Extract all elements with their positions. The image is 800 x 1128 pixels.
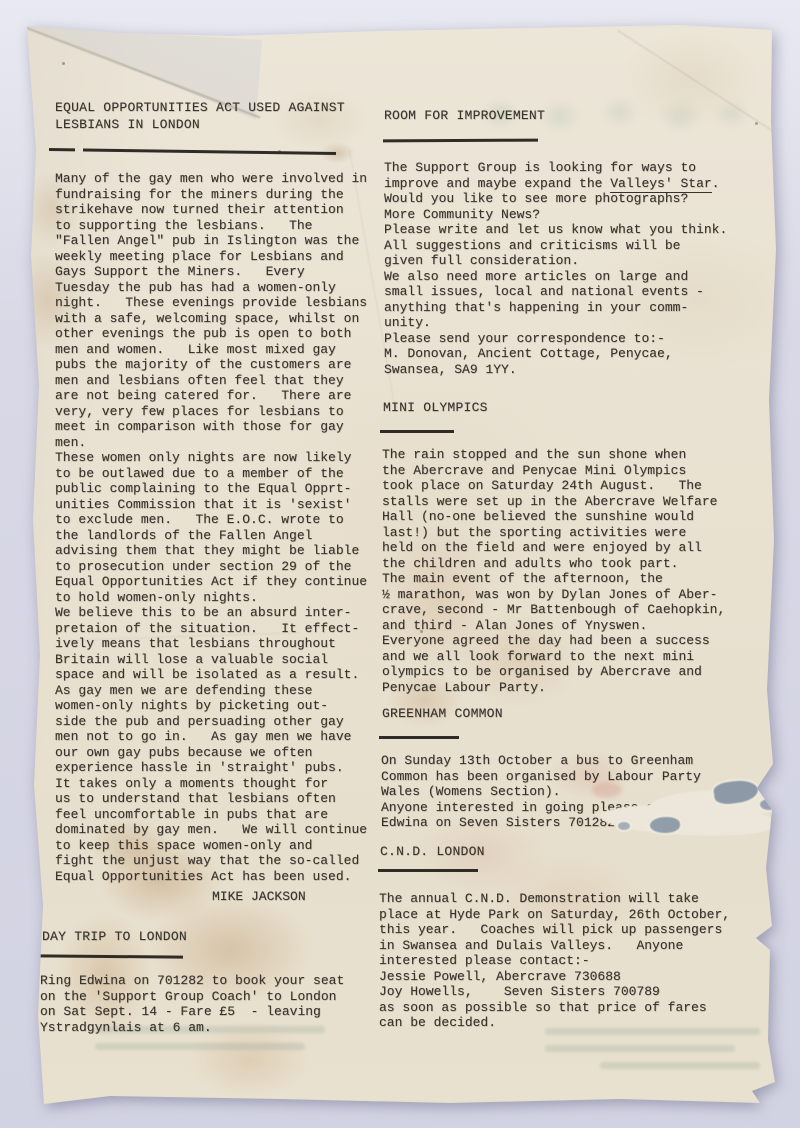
article-body: The annual C.N.D. Demonstration will tak… [379, 891, 730, 1031]
paper-sheet: EQUAL OPPORTUNITIES ACT USED AGAINST LES… [0, 0, 800, 1128]
heading-rule [380, 430, 454, 433]
article-body: The rain stopped and the sun shone when … [382, 447, 725, 695]
article-title: MINI OLYMPICS [383, 399, 488, 416]
underlined-text: Valleys' Star [610, 176, 711, 193]
stain-smudge [592, 782, 622, 798]
body-text: . Would you like to see more photographs… [384, 176, 727, 377]
article-title: C.N.D. LONDON [380, 843, 485, 860]
torn-patch [648, 815, 682, 835]
heading-rule [379, 736, 459, 739]
bleed-through-line [545, 1045, 735, 1052]
scan-background: { "document_type": "scanned typewritten … [0, 0, 800, 1128]
article-body: Many of the gay men who were involved in… [55, 171, 367, 884]
torn-patch [758, 797, 780, 812]
article-title: EQUAL OPPORTUNITIES ACT USED AGAINST LES… [55, 99, 345, 133]
article-body: The Support Group is looking for ways to… [384, 160, 727, 377]
torn-patch [616, 820, 632, 832]
article-body: Ring Edwina on 701282 to book your seat … [40, 973, 344, 1035]
ink-speck [62, 62, 65, 65]
newsletter-page: EQUAL OPPORTUNITIES ACT USED AGAINST LES… [0, 0, 800, 1128]
article-byline: MIKE JACKSON [212, 889, 306, 905]
bleed-through-line [600, 1062, 760, 1069]
heading-rule [378, 869, 478, 872]
article-title: ROOM FOR IMPROVEMENT [384, 107, 545, 124]
article-title: GREENHAM COMMON [382, 705, 503, 722]
ink-speck [755, 122, 758, 125]
bleed-through-line [95, 1043, 305, 1050]
article-title: DAY TRIP TO LONDON [42, 928, 187, 945]
